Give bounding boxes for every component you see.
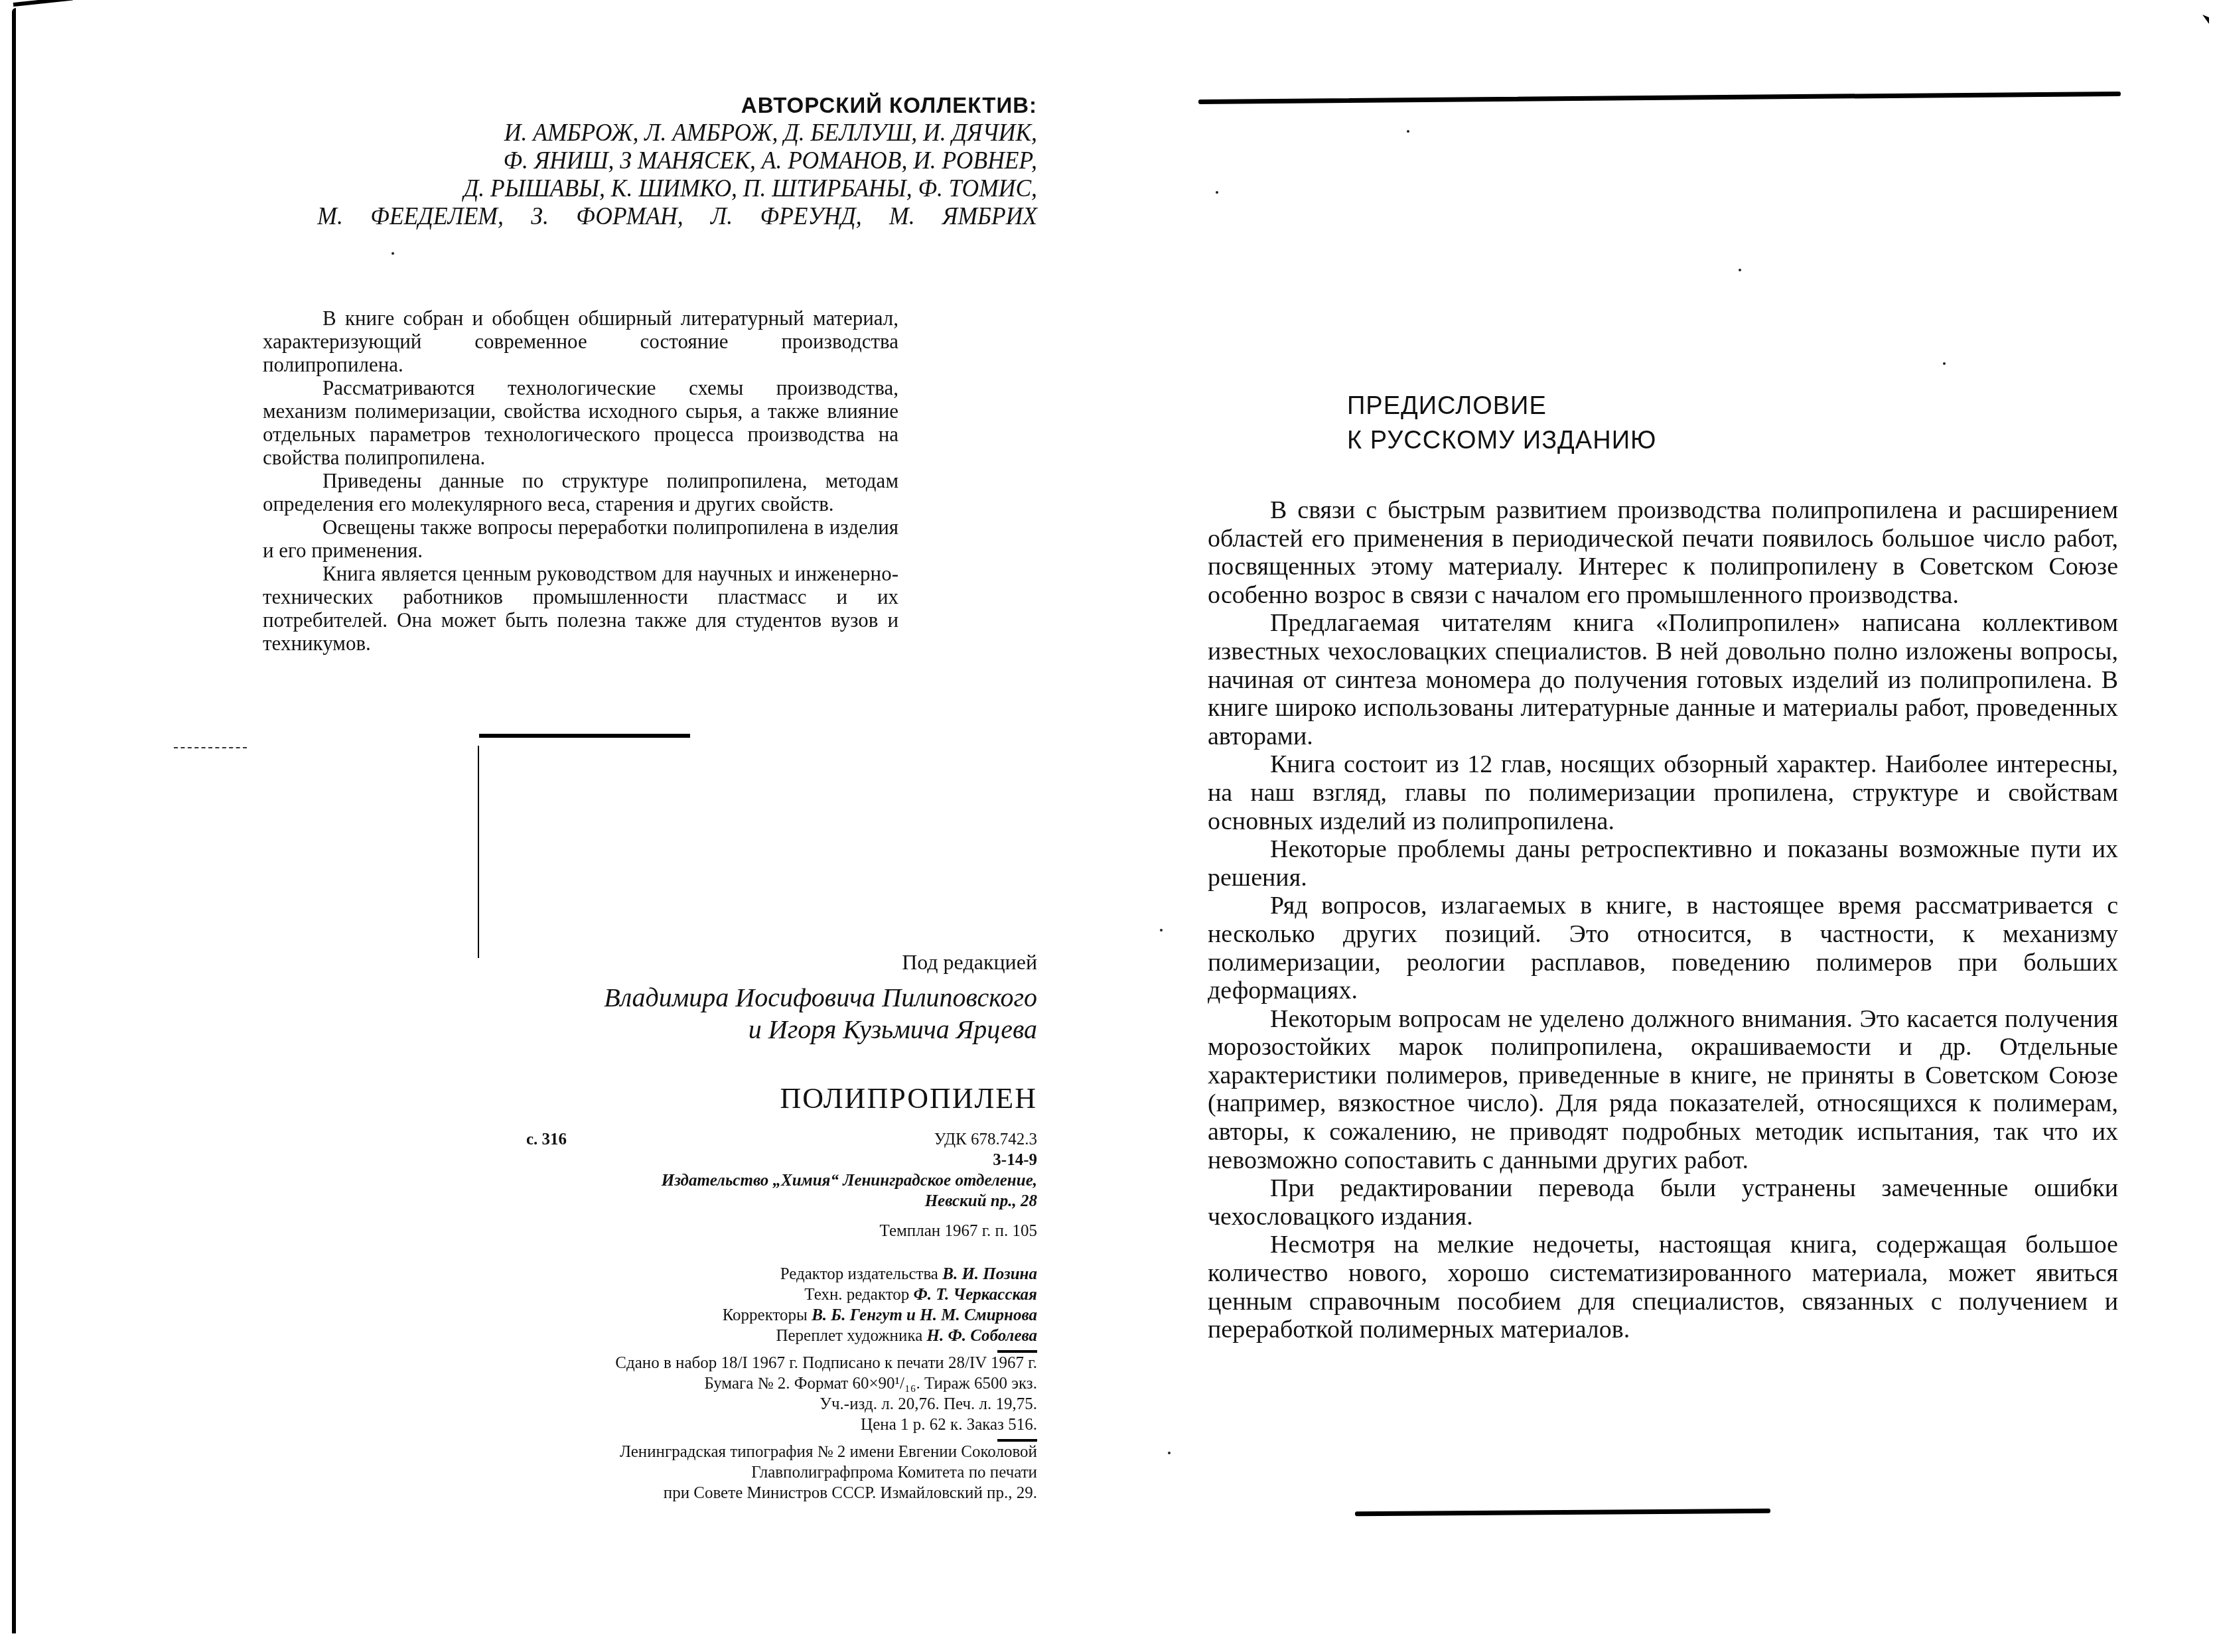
editor-name: и Игоря Кузьмича Ярцева: [440, 1014, 1037, 1046]
editorial-block: Под редакцией Владимира Иосифовича Пилип…: [440, 949, 1037, 1115]
credit-name: В. И. Позина: [942, 1265, 1037, 1283]
preface-paragraph: При редактировании перевода были устране…: [1208, 1174, 2118, 1231]
preface-paragraph: Ряд вопросов, излагаемых в книге, в наст…: [1208, 892, 2118, 1004]
imprint-block: с. 316 УДК 678.742.3 3-14-9 Издательство…: [526, 1129, 1037, 1503]
divider-rule: [479, 734, 690, 738]
scan-speck: [1168, 1452, 1171, 1454]
preface-title-line: ПРЕДИСЛОВИЕ: [1347, 389, 1656, 423]
credit-role: Корректоры: [723, 1306, 808, 1324]
abstract-paragraph: Рассматриваются технологические схемы пр…: [263, 376, 898, 469]
scan-speck: [1216, 191, 1218, 194]
abstract-paragraph: Освещены также вопросы переработки полип…: [263, 516, 898, 562]
credit-name: Н. Ф. Соболева: [927, 1327, 1038, 1345]
imprint-row: с. 316 УДК 678.742.3: [526, 1129, 1037, 1150]
edited-by-label: Под редакцией: [440, 949, 1037, 975]
credit-line: Техн. редактор Ф. Т. Черкасская: [526, 1284, 1037, 1305]
typography-line: Ленинградская типография № 2 имени Евген…: [526, 1442, 1037, 1462]
preface-paragraph: Книга состоит из 12 глав, носящих обзорн…: [1208, 750, 2118, 835]
scan-speck: [1739, 269, 1741, 271]
print-details: Сдано в набор 18/I 1967 г. Подписано к п…: [526, 1353, 1037, 1435]
abstract-paragraph: Приведены данные по структуре полипропил…: [263, 469, 898, 516]
scan-speck: [1943, 362, 1946, 365]
credit-line: Переплет художника Н. Ф. Соболева: [526, 1326, 1037, 1346]
typography-details: Ленинградская типография № 2 имени Евген…: [526, 1442, 1037, 1503]
scan-corner-mark: [2202, 15, 2209, 24]
authors-line: М. ФЕЕДЕЛЕМ, З. ФОРМАН, Л. ФРЕУНД, М. ЯМ…: [273, 203, 1037, 231]
editor-name: Владимира Иосифовича Пилиповского: [440, 982, 1037, 1014]
preface-paragraph: Несмотря на мелкие недочеты, настоящая к…: [1208, 1231, 2118, 1343]
authors-line: Д. РЫШАВЫ, К. ШИМКО, П. ШТИРБАНЫ, Ф. ТОМ…: [273, 175, 1037, 203]
credit-role: Техн. редактор: [804, 1286, 909, 1304]
header-rule: [1198, 92, 2121, 104]
scan-speck: [392, 252, 394, 255]
scan-speck: [1407, 130, 1409, 133]
publisher-address: Невский пр., 28: [526, 1191, 1037, 1211]
udc-code: УДК 678.742.3: [934, 1129, 1037, 1150]
scan-page-edge-curl: [13, 0, 73, 7]
book-title: ПОЛИПРОПИЛЕН: [440, 1081, 1037, 1115]
preface-paragraph: Некоторым вопросам не уделено должного в…: [1208, 1005, 2118, 1175]
gutter-line: [478, 746, 479, 958]
scan-page-edge: [12, 8, 16, 1633]
print-line: Уч.-изд. л. 20,76. Печ. л. 19,75.: [526, 1394, 1037, 1414]
book-abstract: В книге собран и обобщен обширный литера…: [263, 307, 898, 655]
credits: Редактор издательства В. И. Позина Техн.…: [526, 1264, 1037, 1346]
scan-speck: [1160, 929, 1163, 931]
authors-line: И. АМБРОЖ, Л. АМБРОЖ, Д. БЕЛЛУШ, И. ДЯЧИ…: [273, 119, 1037, 147]
page-count: с. 316: [526, 1129, 567, 1150]
print-line: Цена 1 р. 62 к. Заказ 516.: [526, 1414, 1037, 1435]
catalog-code: 3-14-9: [526, 1150, 1037, 1170]
print-line: Бумага № 2. Формат 60×90¹/₁₆. Тираж 6500…: [526, 1373, 1037, 1394]
publisher-line: Издательство „Химия“ Ленинградское отдел…: [526, 1170, 1037, 1191]
preface-paragraph: Предлагаемая читателям книга «Полипропил…: [1208, 609, 2118, 750]
authors-line: Ф. ЯНИШ, З МАНЯСЕК, А. РОМАНОВ, И. РОВНЕ…: [273, 147, 1037, 175]
preface-body: В связи с быстрым развитием производства…: [1208, 496, 2118, 1344]
editor-names: Владимира Иосифовича Пилиповского и Игор…: [440, 982, 1037, 1046]
authors-list: И. АМБРОЖ, Л. АМБРОЖ, Д. БЕЛЛУШ, И. ДЯЧИ…: [273, 119, 1037, 231]
print-line: Сдано в набор 18/I 1967 г. Подписано к п…: [526, 1353, 1037, 1373]
credit-role: Редактор издательства: [780, 1265, 938, 1283]
credit-line: Редактор издательства В. И. Позина: [526, 1264, 1037, 1284]
credit-role: Переплет художника: [776, 1327, 922, 1345]
authors-heading: АВТОРСКИЙ КОЛЛЕКТИВ:: [741, 93, 1037, 118]
abstract-paragraph: В книге собран и обобщен обширный литера…: [263, 307, 898, 376]
credit-name: Ф. Т. Черкасская: [914, 1286, 1037, 1304]
typography-line: при Совете Министров СССР. Измайловский …: [526, 1483, 1037, 1503]
templan: Темплан 1967 г. п. 105: [526, 1221, 1037, 1241]
preface-paragraph: В связи с быстрым развитием производства…: [1208, 496, 2118, 609]
preface-title: ПРЕДИСЛОВИЕ К РУССКОМУ ИЗДАНИЮ: [1347, 389, 1656, 458]
preface-paragraph: Некоторые проблемы даны ретроспективно и…: [1208, 835, 2118, 892]
abstract-paragraph: Книга является ценным руководством для н…: [263, 562, 898, 655]
scan-dash-mark: [174, 747, 247, 750]
footer-rule: [1355, 1509, 1770, 1516]
preface-title-line: К РУССКОМУ ИЗДАНИЮ: [1347, 423, 1656, 458]
typography-line: Главполиграфпрома Комитета по печати: [526, 1462, 1037, 1483]
credit-name: В. Б. Генгут и Н. М. Смирнова: [812, 1306, 1037, 1324]
credit-line: Корректоры В. Б. Генгут и Н. М. Смирнова: [526, 1305, 1037, 1326]
